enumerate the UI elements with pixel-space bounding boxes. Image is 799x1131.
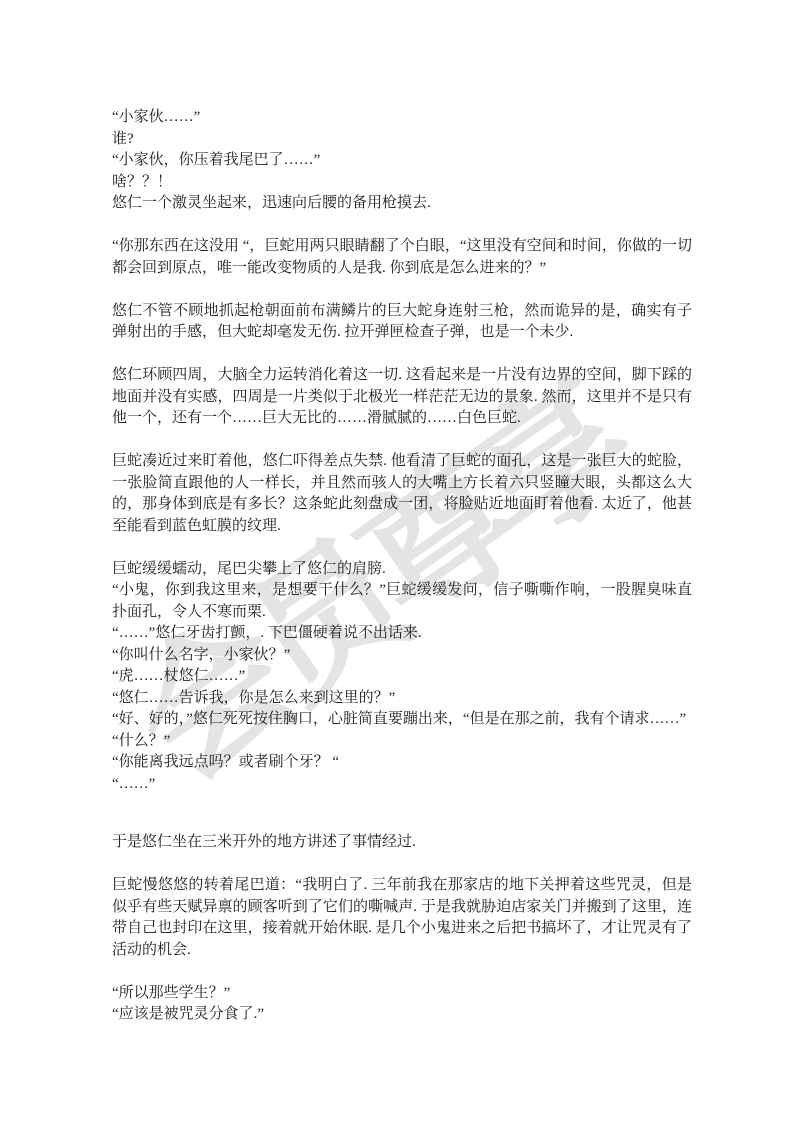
text-block: “你那东西在这没用 “，巨蛇用两只眼睛翻了个白眼，“这里没有空间和时间，你做的一…: [112, 236, 692, 279]
paragraph: “所以那些学生？”: [112, 983, 692, 1005]
paragraph: 谁?: [112, 129, 692, 151]
paragraph: “你能离我远点吗？或者刷个牙？ “: [112, 752, 692, 774]
paragraph: “你叫什么名字，小家伙？”: [112, 645, 692, 667]
text-block: 悠仁环顾四周，大脑全力运转消化着这一切. 这看起来是一片没有边界的空间，脚下踩的…: [112, 365, 692, 430]
text-block: “所以那些学生？” “应该是被咒灵分食了.”: [112, 983, 692, 1026]
text-block: 巨蛇凑近过来盯着他，悠仁吓得差点失禁. 他看清了巨蛇的面孔，这是一张巨大的蛇脸，…: [112, 451, 692, 537]
paragraph: “应该是被咒灵分食了.”: [112, 1004, 692, 1026]
text-block: “小家伙……” 谁? “小家伙，你压着我尾巴了……” 啥？？！ 悠仁一个激灵坐起…: [112, 107, 692, 215]
paragraph: “小家伙，你压着我尾巴了……”: [112, 150, 692, 172]
paragraph: “……”: [112, 774, 692, 796]
paragraph: “你那东西在这没用 “，巨蛇用两只眼睛翻了个白眼，“这里没有空间和时间，你做的一…: [112, 236, 692, 279]
paragraph: “小鬼，你到我这里来，是想要干什么？”巨蛇缓缓发问，信子嘶嘶作响，一股腥臭味直扑…: [112, 580, 692, 623]
paragraph: 巨蛇凑近过来盯着他，悠仁吓得差点失禁. 他看清了巨蛇的面孔，这是一张巨大的蛇脸，…: [112, 451, 692, 537]
text-block: 巨蛇缓缓蠕动，尾巴尖攀上了悠仁的肩膀. “小鬼，你到我这里来，是想要干什么？”巨…: [112, 559, 692, 796]
text-block: 巨蛇慢悠悠的转着尾巴道：“我明白了. 三年前我在那家店的地下关押着这些咒灵，但是…: [112, 875, 692, 961]
document-page: { "page": { "background": "#ffffff", "te…: [0, 0, 799, 1131]
novel-text-content: “小家伙……” 谁? “小家伙，你压着我尾巴了……” 啥？？！ 悠仁一个激灵坐起…: [112, 107, 692, 1047]
paragraph: “小家伙……”: [112, 107, 692, 129]
paragraph: 于是悠仁坐在三米开外的地方讲述了事情经过.: [112, 832, 692, 854]
paragraph: “悠仁……告诉我，你是怎么来到这里的？”: [112, 688, 692, 710]
paragraph: 巨蛇慢悠悠的转着尾巴道：“我明白了. 三年前我在那家店的地下关押着这些咒灵，但是…: [112, 875, 692, 961]
paragraph: 巨蛇缓缓蠕动，尾巴尖攀上了悠仁的肩膀.: [112, 559, 692, 581]
paragraph: 悠仁不管不顾地抓起枪朝面前布满鳞片的巨大蛇身连射三枪，然而诡异的是，确实有子弹射…: [112, 301, 692, 344]
paragraph: “好、好的，”悠仁死死按住胸口，心脏简直要蹦出来，“但是在那之前，我有个请求………: [112, 709, 692, 731]
paragraph: 悠仁一个激灵坐起来，迅速向后腰的备用枪摸去.: [112, 193, 692, 215]
paragraph: “虎……杖悠仁……”: [112, 666, 692, 688]
text-block: 于是悠仁坐在三米开外的地方讲述了事情经过.: [112, 832, 692, 854]
paragraph: “……”悠仁牙齿打颤，. 下巴僵硬着说不出话来.: [112, 623, 692, 645]
paragraph: “什么？”: [112, 731, 692, 753]
text-block: 悠仁不管不顾地抓起枪朝面前布满鳞片的巨大蛇身连射三枪，然而诡异的是，确实有子弹射…: [112, 301, 692, 344]
paragraph: 啥？？！: [112, 172, 692, 194]
page-background: 会员尊享 “小家伙……” 谁? “小家伙，你压着我尾巴了……” 啥？？！ 悠仁一…: [0, 0, 799, 1131]
paragraph: 悠仁环顾四周，大脑全力运转消化着这一切. 这看起来是一片没有边界的空间，脚下踩的…: [112, 365, 692, 430]
